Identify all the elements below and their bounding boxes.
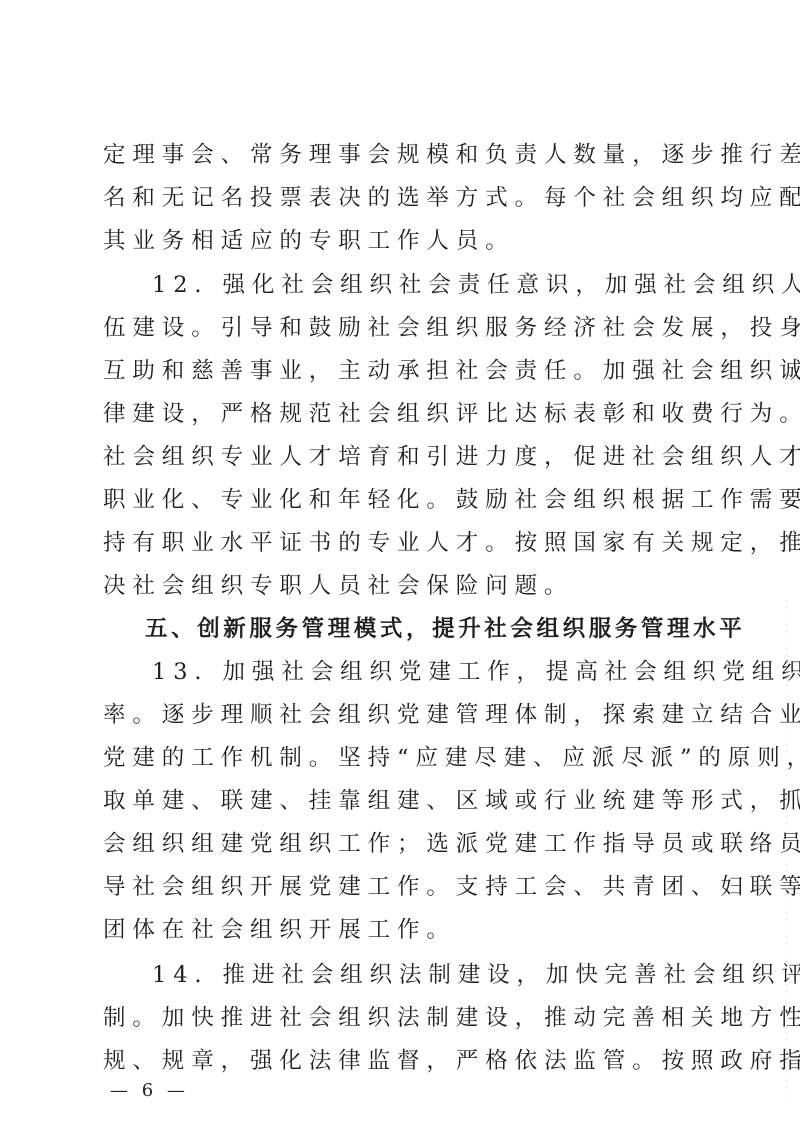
text-line: 互助和慈善事业，主动承担社会责任。加强社会组织诚信自	[103, 356, 693, 386]
text-line: 团体在社会组织开展工作。	[103, 915, 693, 945]
text-line: 持有职业水平证书的专业人才。按照国家有关规定，推动解	[103, 528, 693, 558]
text-line: 率。逐步理顺社会组织党建管理体制，探索建立结合业务抓	[103, 700, 693, 730]
text-line: 律建设，严格规范社会组织评比达标表彰和收费行为。加大	[103, 399, 693, 429]
page-number: — 6 —	[110, 1080, 189, 1101]
paragraph-13-start: 13. 加强社会组织党建工作，提高社会组织党组织覆盖	[152, 657, 742, 687]
text-line: 会组织组建党组织工作；选派党建工作指导员或联络员，指	[103, 829, 693, 859]
text-line: 导社会组织开展党建工作。支持工会、共青团、妇联等人民	[103, 872, 693, 902]
text-line: 规、规章，强化法律监督，严格依法监管。按照政府指导、	[103, 1046, 693, 1076]
text-line: 名和无记名投票表决的选举方式。每个社会组织均应配备与	[103, 183, 693, 213]
text-line: 定理事会、常务理事会规模和负责人数量，逐步推行差额提	[103, 140, 693, 170]
text-line: 决社会组织专职人员社会保险问题。	[103, 571, 693, 601]
document-page: 定理事会、常务理事会规模和负责人数量，逐步推行差额提 名和无记名投票表决的选举方…	[0, 0, 800, 1131]
text-line: 其业务相适应的专职工作人员。	[103, 226, 693, 256]
paragraph-12-start: 12. 强化社会组织社会责任意识，加强社会组织人才队	[152, 270, 742, 300]
text-line: 制。加快推进社会组织法制建设，推动完善相关地方性法	[103, 1003, 693, 1033]
paragraph-14-start: 14. 推进社会组织法制建设，加快完善社会组织评估机	[152, 960, 742, 990]
text-line: 社会组织专业人才培育和引进力度，促进社会组织人才队伍	[103, 442, 693, 472]
text-line: 职业化、专业化和年轻化。鼓励社会组织根据工作需要聘用	[103, 485, 693, 515]
section-heading: 五、创新服务管理模式，提升社会组织服务管理水平	[145, 614, 735, 644]
text-line: 取单建、联建、挂靠组建、区域或行业统建等形式，抓好社	[103, 786, 693, 816]
text-line: 党建的工作机制。坚持“应建尽建、应派尽派”的原则，采	[103, 743, 693, 773]
text-line: 伍建设。引导和鼓励社会组织服务经济社会发展，投身社会	[103, 313, 693, 343]
scan-artifact	[786, 600, 787, 1100]
